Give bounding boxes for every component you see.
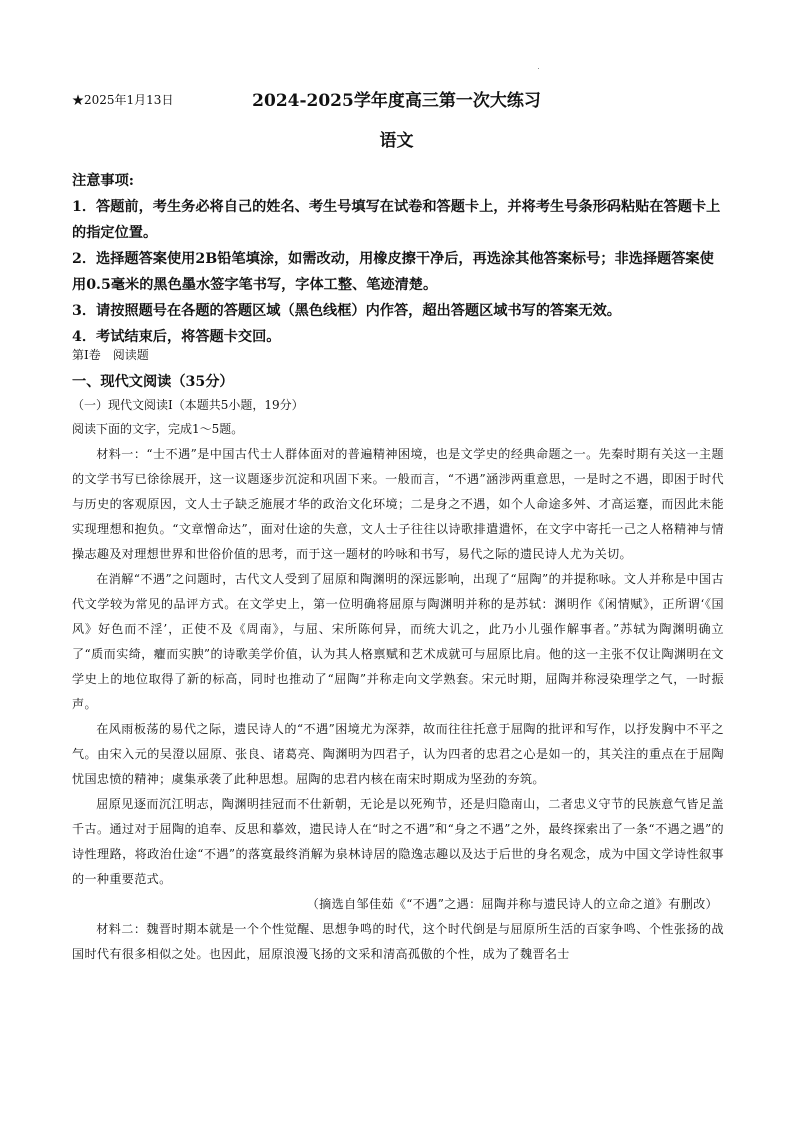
volume-label: 第Ⅰ卷 阅读题 [72,345,724,365]
reading-passage: 材料一：“士不遇”是中国古代士人群体面对的普遍精神困境，也是文学史的经典命题之一… [72,442,724,967]
notice-item-3: 3．请按照题号在各题的答题区域（黑色线框）内作答，超出答题区域书写的答案无效。 [72,298,722,324]
exam-title: 2024-2025学年度高三第一次大练习 [0,88,793,114]
scan-speck [538,68,539,69]
notice-item-1: 1．答题前，考生务必将自己的姓名、考生号填写在试卷和答题卡上，并将考生号条形码粘… [72,194,722,246]
passage-paragraph: 在风雨板荡的易代之际，遗民诗人的“不遇”困境尤为深莽，故而往往托意于屈陶的批评和… [72,717,724,792]
exam-page: ★2025年1月13日 2024-2025学年度高三第一次大练习 语文 注意事项… [0,0,793,1122]
notice-heading: 注意事项: [72,168,722,194]
notice-item-2: 2．选择题答案使用2B铅笔填涂，如需改动，用橡皮擦干净后，再选涂其他答案标号；非… [72,246,722,298]
subsection-heading: （一）现代文阅读Ⅰ（本题共5小题，19分） [72,395,724,415]
notice-section: 注意事项: 1．答题前，考生务必将自己的姓名、考生号填写在试卷和答题卡上，并将考… [72,168,722,350]
exam-subject: 语文 [0,128,793,154]
passage-source: （摘选自邹佳茹《“不遇”之遇：屈陶并称与遗民诗人的立命之道》有删改） [72,892,724,917]
passage-paragraph: 材料二：魏晋时期本就是一个个性觉醒、思想争鸣的时代，这个时代倒是与屈原所生活的百… [72,917,724,967]
passage-paragraph: 材料一：“士不遇”是中国古代士人群体面对的普遍精神困境，也是文学史的经典命题之一… [72,442,724,567]
passage-paragraph: 屈原见逐而沉江明志，陶渊明挂冠而不仕新朝，无论是以死殉节，还是归隐南山，二者忠义… [72,792,724,892]
passage-paragraph: 在消解“不遇”之问题时，古代文人受到了屈原和陶渊明的深远影响，出现了“屈陶”的并… [72,567,724,717]
reading-instruction: 阅读下面的文字，完成1～5题。 [72,419,724,439]
section-heading: 一、现代文阅读（35分） [72,370,724,394]
